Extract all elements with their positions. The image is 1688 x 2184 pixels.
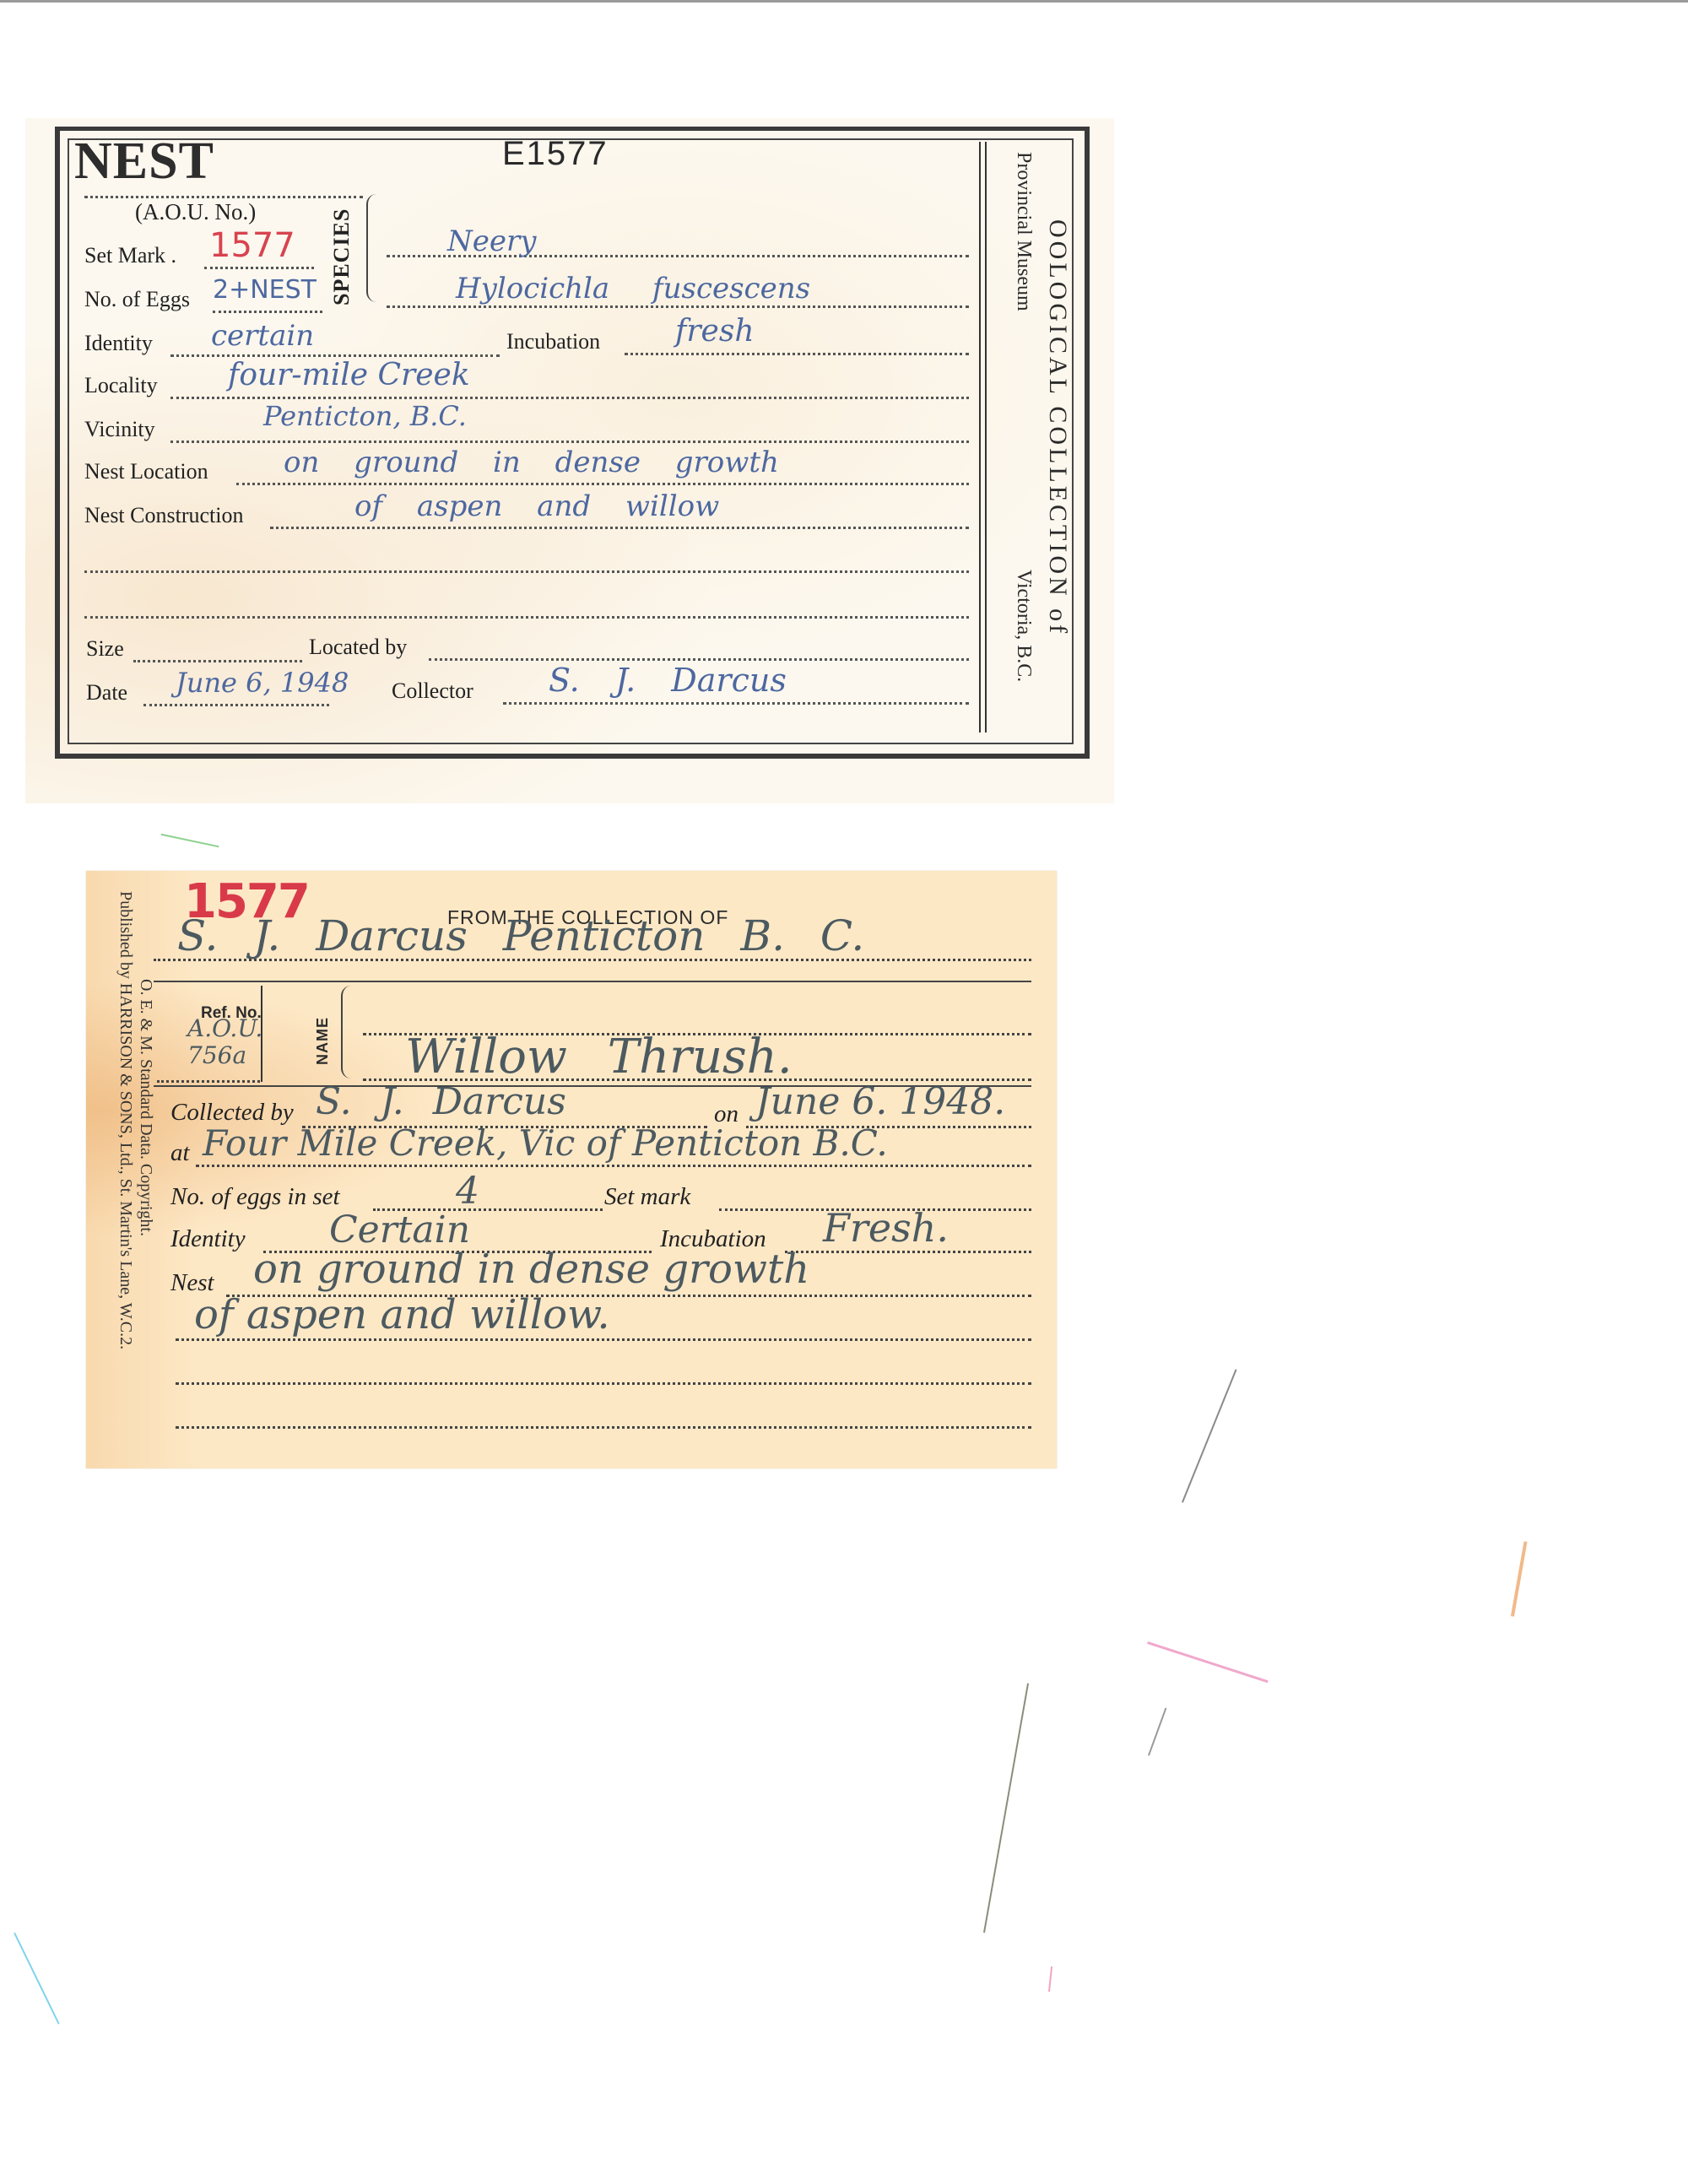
stray-pink-short-mark <box>1048 1966 1052 1992</box>
size-label: Size <box>86 636 124 662</box>
stray-grey-long-mark <box>983 1684 1029 1933</box>
eggs-label: No. of Eggs <box>84 287 190 312</box>
side-panel-rule-1 <box>979 142 981 733</box>
ref-divider <box>261 986 262 1082</box>
species-name-value: Willow Thrush. <box>405 1030 793 1084</box>
set-mark-label-2: Set mark <box>604 1183 690 1211</box>
locality-value: four-mile Creek <box>228 358 470 392</box>
on-date-value: June 6. 1948. <box>755 1080 1005 1123</box>
nest-card: NEST E1577 (A.O.U. No.) Set Mark . 1577 … <box>25 118 1114 803</box>
collector-label: Collector <box>392 678 473 704</box>
date-line <box>143 704 329 706</box>
ref-no-value-line2: 756a <box>187 1041 246 1069</box>
species-latin-value: Hylocichla fuscescens <box>456 272 810 305</box>
collected-by-value: S. J. Darcus <box>316 1080 566 1123</box>
nest-construction-value: of aspen and willow <box>354 489 719 523</box>
header-rule <box>154 981 1031 982</box>
identity-label: Identity <box>84 331 153 356</box>
stray-cyan-mark <box>14 1933 59 2025</box>
name-label: NAME <box>314 1017 332 1065</box>
nest-line-2b <box>176 1338 1031 1341</box>
located-by-line <box>429 658 969 661</box>
set-mark-line <box>204 267 314 269</box>
stray-grey-mark-1 <box>1182 1369 1237 1502</box>
set-mark-label: Set Mark . <box>84 243 176 268</box>
set-mark-value: 1577 <box>209 226 295 265</box>
aou-label: (A.O.U. No.) <box>135 199 256 225</box>
locality-line <box>170 397 969 399</box>
collector-line <box>503 702 969 705</box>
species-latin-line <box>387 305 969 308</box>
provincial-museum-text: Provincial Museum <box>1012 152 1035 311</box>
blank-line-3 <box>176 1382 1031 1385</box>
name-brace <box>341 986 353 1078</box>
nest-location-value: on ground in dense growth <box>284 446 779 479</box>
ref-no-line <box>157 1080 260 1083</box>
at-value: Four Mile Creek, Vic of Penticton B.C. <box>203 1122 888 1164</box>
at-line <box>196 1165 1031 1167</box>
species-common-value: Neery <box>447 224 536 258</box>
eggs-in-set-value: 4 <box>456 1170 479 1213</box>
incubation-value-2: Fresh. <box>823 1205 949 1251</box>
vicinity-value: Penticton, B.C. <box>263 400 467 432</box>
vicinity-line <box>170 441 969 443</box>
collection-owner-value: S. J. Darcus Penticton B. C. <box>177 911 864 960</box>
nest-location-label: Nest Location <box>84 459 208 484</box>
victoria-bc-text: Victoria, B.C. <box>1012 570 1035 682</box>
species-label: SPECIES <box>329 208 354 305</box>
eggs-in-set-label: No. of eggs in set <box>170 1183 340 1211</box>
blank-line-1 <box>84 570 969 573</box>
vicinity-label: Vicinity <box>84 417 155 442</box>
nest-location-line <box>236 483 969 485</box>
identity-label-2: Identity <box>170 1225 246 1253</box>
date-label: Date <box>86 680 127 705</box>
located-by-label: Located by <box>309 635 407 660</box>
incubation-line-2 <box>785 1251 1031 1253</box>
eggs-value: 2+NEST <box>213 275 316 305</box>
stray-green-mark <box>161 834 219 848</box>
catalog-code: E1577 <box>502 135 609 173</box>
incubation-value: fresh <box>675 314 755 349</box>
owner-line <box>154 959 1031 961</box>
stray-grey-mark-2 <box>1148 1708 1166 1756</box>
publisher-line-2: Published by HARRISON & SONS, Ltd., St. … <box>116 891 135 1349</box>
stray-pink-mark <box>1147 1641 1269 1683</box>
aou-number-line <box>84 196 363 198</box>
publisher-line-1: O. E. & M. Standard Data. Copyright. <box>136 979 155 1236</box>
nest-card-title: NEST <box>74 132 214 192</box>
nest-value-line1: on ground in dense growth <box>253 1246 809 1293</box>
date-value: June 6, 1948 <box>176 667 349 699</box>
identity-value: certain <box>211 319 314 353</box>
identity-line <box>170 354 500 357</box>
incubation-label: Incubation <box>506 329 600 354</box>
locality-label: Locality <box>84 373 158 398</box>
scan-top-edge <box>0 0 1688 3</box>
ref-no-value-line1: A.O.U. <box>187 1014 262 1042</box>
size-line <box>133 660 302 662</box>
side-panel-rule-2 <box>985 142 987 733</box>
nest-construction-line <box>270 527 969 529</box>
nest-value-line2: of aspen and willow. <box>194 1291 610 1338</box>
blank-line-2 <box>84 616 969 619</box>
species-brace <box>366 194 380 302</box>
nest-construction-label: Nest Construction <box>84 503 244 528</box>
blank-line-4 <box>176 1426 1031 1429</box>
oological-collection-heading: OOLOGICAL COLLECTION of <box>1043 219 1072 636</box>
collector-value: S. J. Darcus <box>549 662 787 699</box>
at-label: at <box>170 1139 190 1167</box>
incubation-line <box>625 353 969 355</box>
eggs-line <box>213 311 322 313</box>
stray-orange-mark <box>1511 1541 1528 1616</box>
